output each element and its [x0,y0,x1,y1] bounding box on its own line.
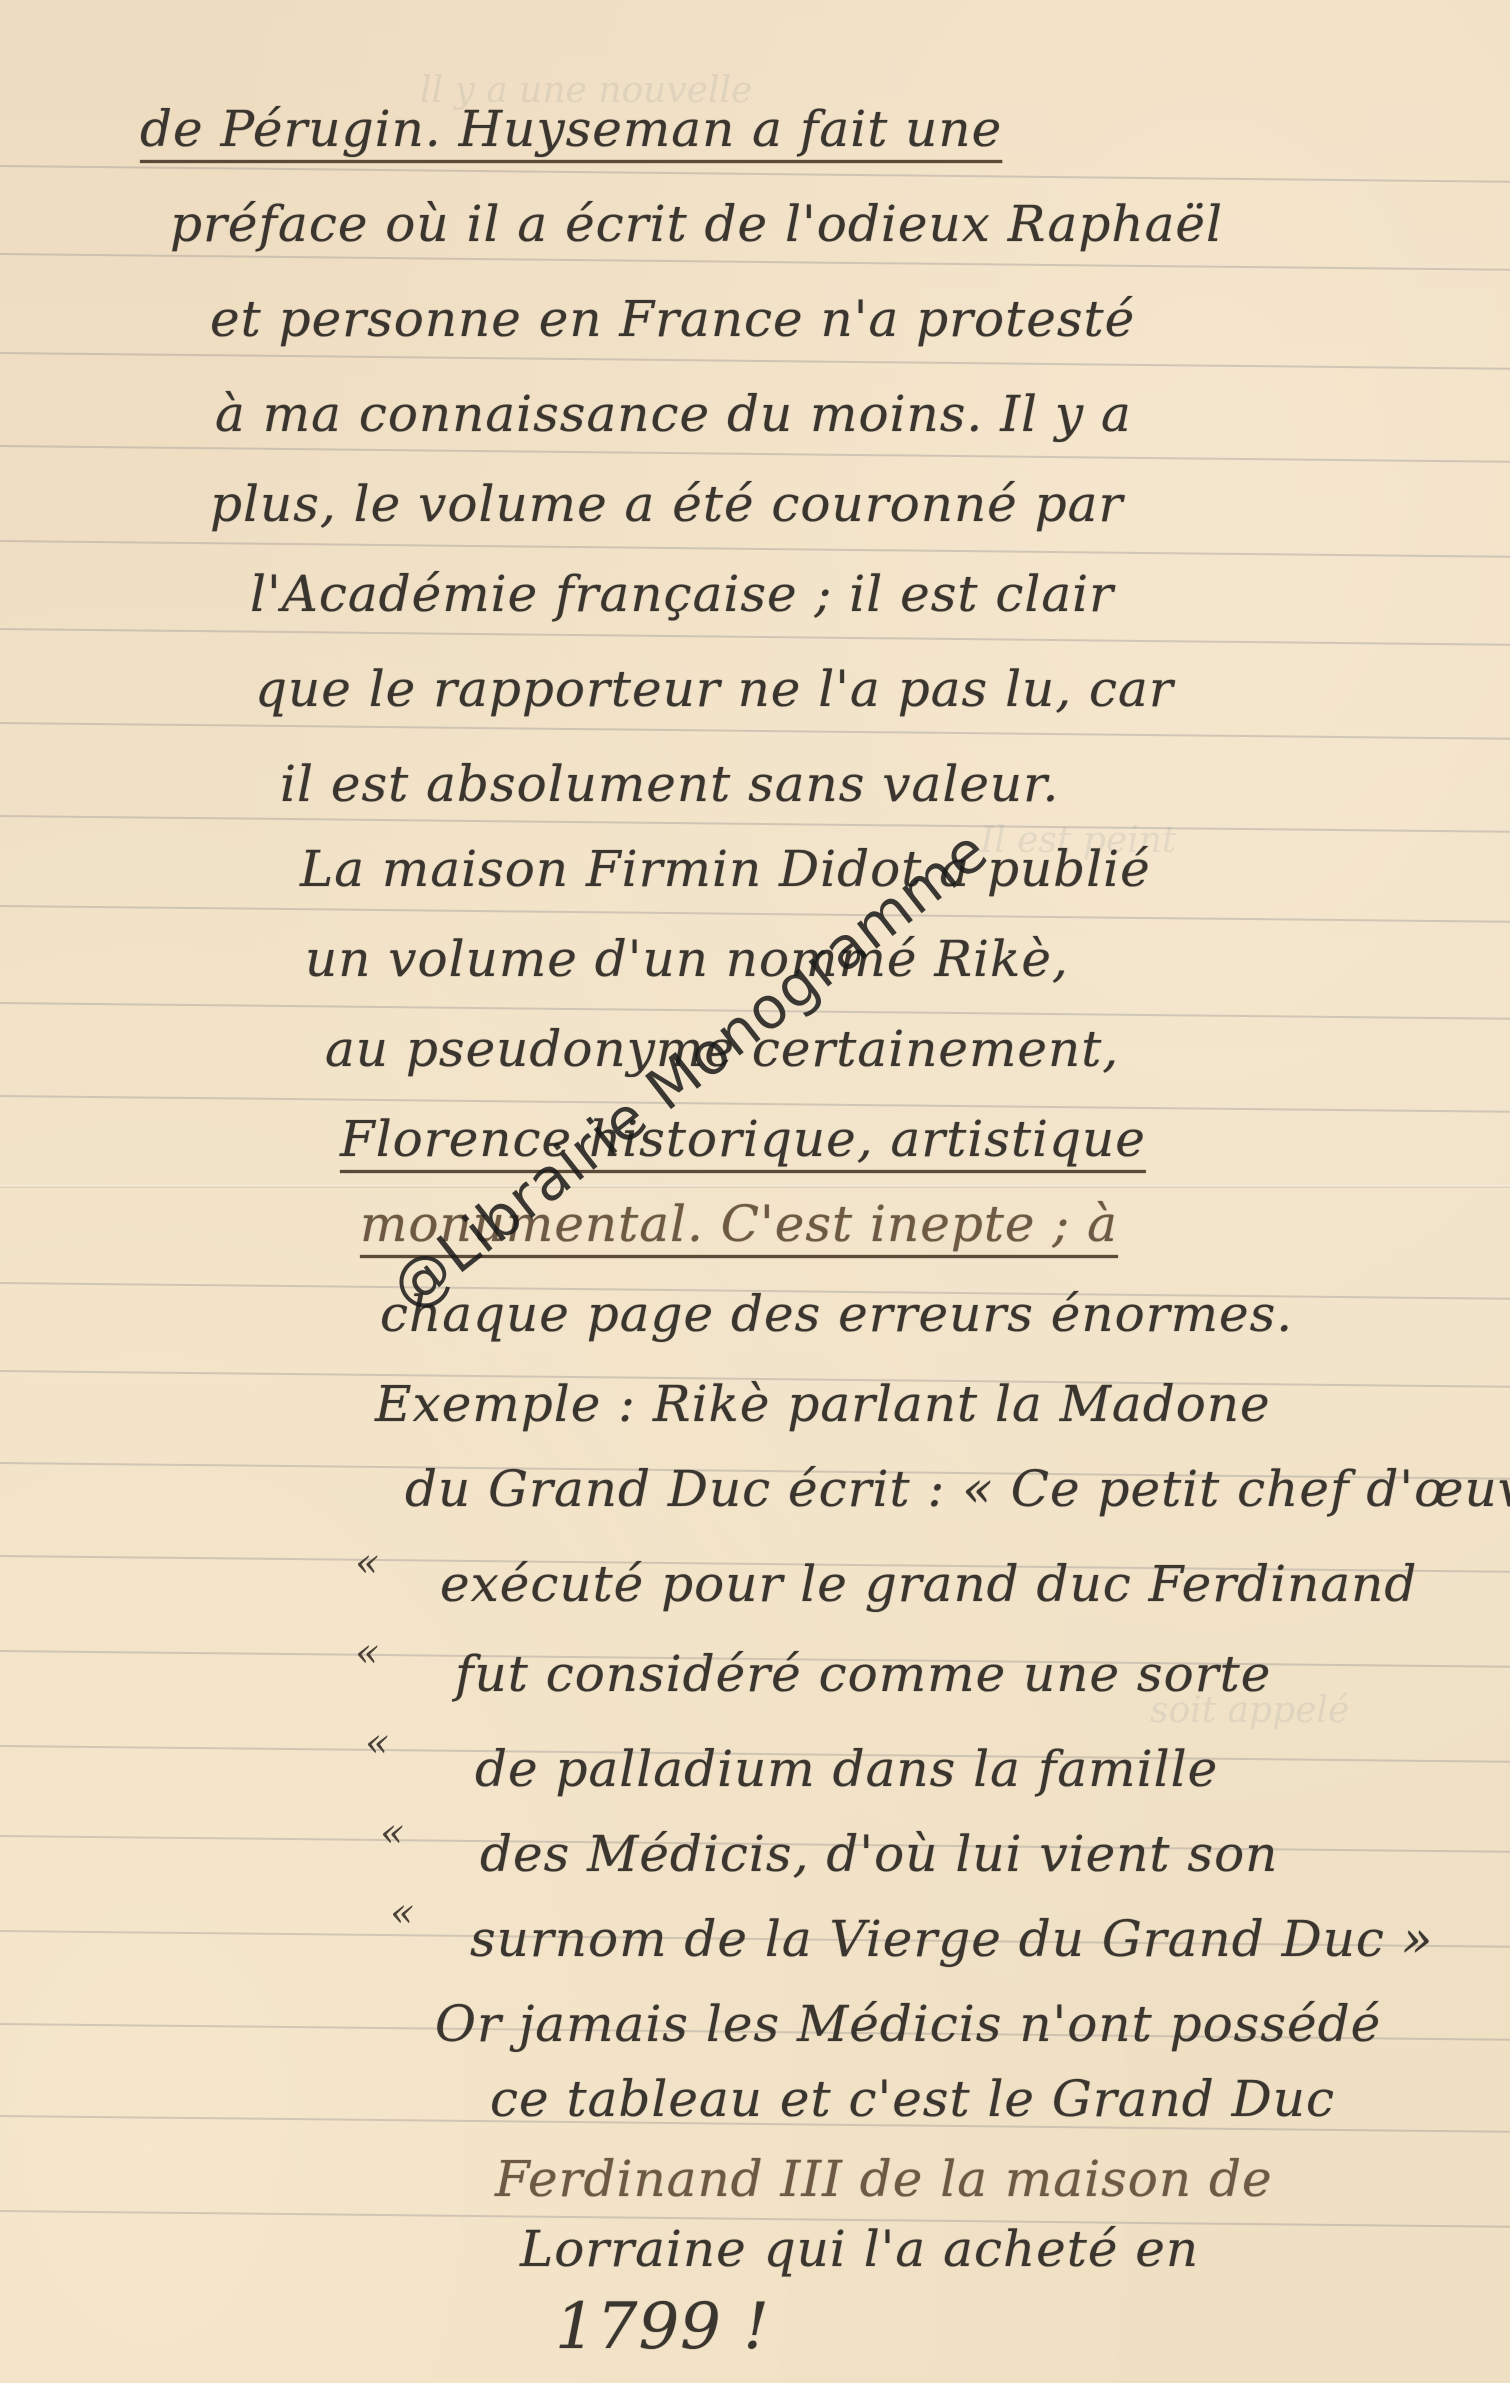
ruled-line [0,352,1510,370]
quote-mark: « [365,1720,389,1766]
quote-mark: « [380,1810,404,1856]
text-line: Ferdinand III de la maison de [495,2150,1273,2208]
quote-mark: « [390,1890,414,1936]
underlined-title: Florence historique, artistique [340,1110,1146,1168]
quote-mark: « [355,1630,379,1676]
underlined-word: de Pérugin. Huyseman a fait une [140,100,1002,158]
ruled-line [0,445,1510,463]
text-line: fut considéré comme une sorte [455,1645,1271,1703]
ruled-line [0,540,1510,558]
text-line: l'Académie française ; il est clair [250,565,1114,623]
text-line: La maison Firmin Didot a publié [300,840,1151,898]
ruled-line [0,722,1510,740]
paper-fold [0,1185,1510,1188]
text-line: à ma connaissance du moins. Il y a [215,385,1132,443]
text-line: de palladium dans la famille [475,1740,1218,1798]
text-line: que le rapporteur ne l'a pas lu, car [255,660,1174,718]
text-line: surnom de la Vierge du Grand Duc » [470,1910,1433,1968]
ruled-line [0,905,1510,923]
text-line: des Médicis, d'où lui vient son [480,1825,1278,1883]
text-line: de Pérugin. Huyseman a fait une [140,100,1002,158]
ruled-line [0,628,1510,646]
text-line: 1799 ! [555,2290,770,2364]
text-line: plus, le volume a été couronné par [210,475,1123,533]
ruled-line [0,815,1510,833]
ruled-line [0,253,1510,271]
text-line: et personne en France n'a protesté [210,290,1135,348]
text-line: Lorraine qui l'a acheté en [520,2220,1199,2278]
text-line: préface où il a écrit de l'odieux Raphaë… [170,195,1223,253]
text-line: exécuté pour le grand duc Ferdinand [440,1555,1417,1613]
text-line: il est absolument sans valeur. [280,755,1059,813]
quote-mark: « [355,1540,379,1586]
ruled-line [0,165,1510,183]
text-line: Or jamais les Médicis n'ont possédé [435,1995,1381,2053]
text-line: ce tableau et c'est le Grand Duc [490,2070,1335,2128]
text-line: Florence historique, artistique [340,1110,1146,1168]
text-line: chaque page des erreurs énormes. [380,1285,1293,1343]
text-line: Exemple : Rikè parlant la Madone [375,1375,1271,1433]
text-line: du Grand Duc écrit : « Ce petit chef d'œ… [405,1460,1510,1518]
text-line: un volume d'un nommé Rikè, [305,930,1069,988]
letter-page: ll y a une nouvelle Il est peint soit ap… [0,0,1510,2383]
